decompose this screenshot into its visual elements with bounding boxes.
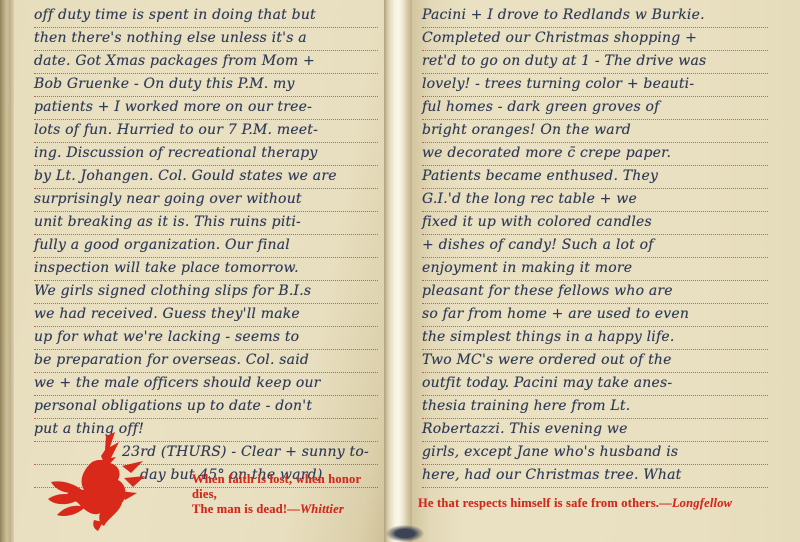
handwritten-line: Patients became enthused. They [422, 166, 768, 189]
handwritten-line: the simplest things in a happy life. [422, 327, 768, 350]
diary-page-left: off duty time is spent in doing that but… [14, 0, 384, 542]
handwritten-line: ful homes - dark green groves of [422, 97, 768, 120]
ruled-lines-right: Pacini + I drove to Redlands w Burkie. C… [422, 5, 768, 488]
ruled-lines-left: off duty time is spent in doing that but… [34, 5, 378, 488]
book-gutter [384, 0, 412, 542]
handwritten-line: lovely! - trees turning color + beauti- [422, 74, 768, 97]
book-edge-left [0, 0, 14, 542]
handwritten-line: lots of fun. Hurried to our 7 P.M. meet- [34, 120, 378, 143]
handwritten-line: we had received. Guess they'll make [34, 304, 378, 327]
handwritten-line: ing. Discussion of recreational therapy [34, 143, 378, 166]
handwritten-line: fully a good organization. Our final [34, 235, 378, 258]
quote-line: When faith is lost, when honor dies, [192, 472, 384, 502]
handwritten-line: we decorated more c̄ crepe paper. [422, 143, 768, 166]
handwritten-line: here, had our Christmas tree. What [422, 465, 768, 488]
quote-line: The man is dead!—Whittier [192, 502, 384, 517]
handwritten-line: so far from home + are used to even [422, 304, 768, 327]
open-diary-book: off duty time is spent in doing that but… [0, 0, 800, 542]
printed-quote-right: He that respects himself is safe from ot… [418, 496, 732, 511]
handwritten-line: we + the male officers should keep our [34, 373, 378, 396]
handwritten-line: be preparation for overseas. Col. said [34, 350, 378, 373]
handwritten-line: thesia training here from Lt. [422, 396, 768, 419]
handwritten-line: patients + I worked more on our tree- [34, 97, 378, 120]
handwritten-line: ret'd to go on duty at 1 - The drive was [422, 51, 768, 74]
handwritten-line: Bob Gruenke - On duty this P.M. my [34, 74, 378, 97]
handwritten-line: + dishes of candy! Such a lot of [422, 235, 768, 258]
handwritten-line: inspection will take place tomorrow. [34, 258, 378, 281]
handwritten-line: Robertazzi. This evening we [422, 419, 768, 442]
handwritten-line: bright oranges! On the ward [422, 120, 768, 143]
red-ink-illustration [48, 432, 153, 532]
binding-shadow [386, 525, 424, 542]
handwritten-line: pleasant for these fellows who are [422, 281, 768, 304]
handwritten-line: surprisingly near going over without [34, 189, 378, 212]
printed-quote-left: When faith is lost, when honor dies, The… [192, 472, 384, 517]
handwritten-line: We girls signed clothing slips for B.I.s [34, 281, 378, 304]
quote-author: Whittier [300, 502, 344, 516]
handwritten-line: Two MC's were ordered out of the [422, 350, 768, 373]
handwritten-line: date. Got Xmas packages from Mom + [34, 51, 378, 74]
handwritten-line: enjoyment in making it more [422, 258, 768, 281]
handwritten-line: Completed our Christmas shopping + [422, 28, 768, 51]
handwritten-line: off duty time is spent in doing that but [34, 5, 378, 28]
handwritten-line: Pacini + I drove to Redlands w Burkie. [422, 5, 768, 28]
handwritten-line: fixed it up with colored candles [422, 212, 768, 235]
handwritten-line: then there's nothing else unless it's a [34, 28, 378, 51]
handwritten-line: by Lt. Johangen. Col. Gould states we ar… [34, 166, 378, 189]
handwritten-line: G.I.'d the long rec table + we [422, 189, 768, 212]
handwritten-line: personal obligations up to date - don't [34, 396, 378, 419]
handwritten-line: unit breaking as it is. This ruins piti- [34, 212, 378, 235]
handwritten-line: outfit today. Pacini may take anes- [422, 373, 768, 396]
diary-page-right: Pacini + I drove to Redlands w Burkie. C… [412, 0, 800, 542]
handwritten-line: up for what we're lacking - seems to [34, 327, 378, 350]
quote-author: Longfellow [672, 496, 732, 510]
handwritten-line: girls, except Jane who's husband is [422, 442, 768, 465]
